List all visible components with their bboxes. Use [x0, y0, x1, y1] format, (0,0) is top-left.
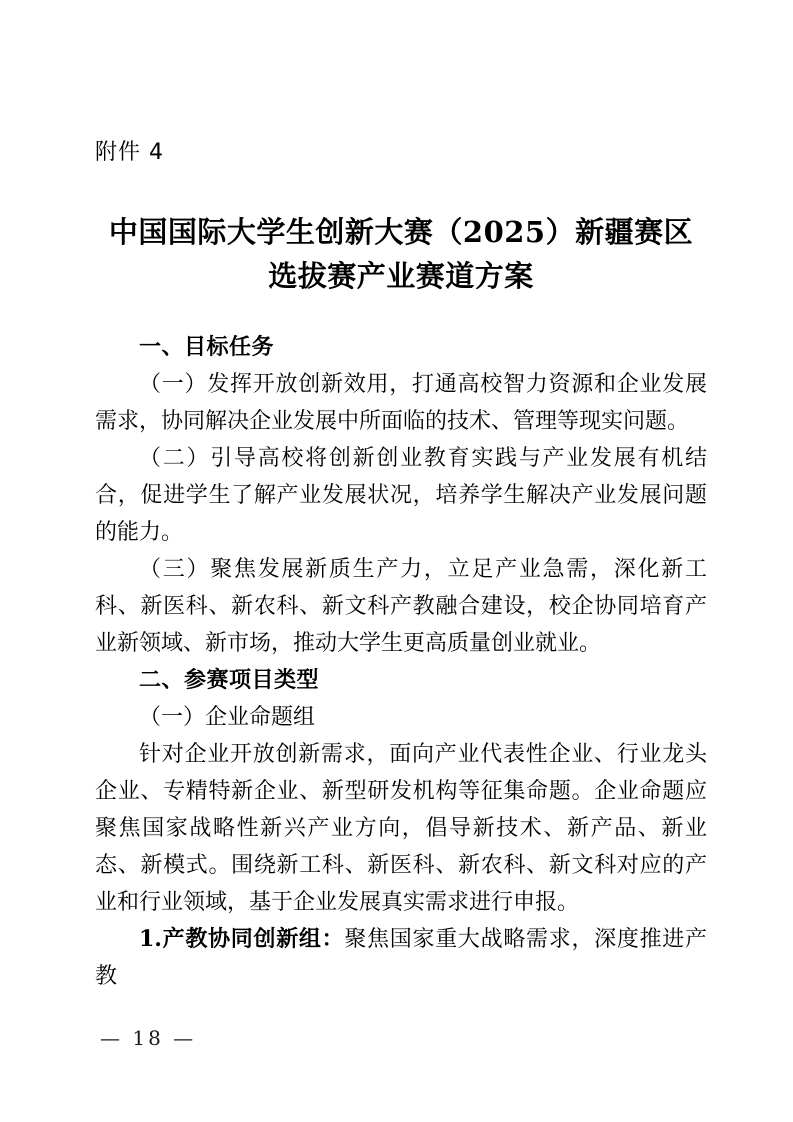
document-title-line2: 选拔赛产业赛道方案	[95, 254, 707, 298]
document-title: 中国国际大学生创新大赛（2025）新疆赛区 选拔赛产业赛道方案	[95, 210, 707, 298]
document-body: 一、目标任务 （一）发挥开放创新效用，打通高校智力资源和企业发展需求，协同解决企…	[95, 329, 707, 995]
section2-item1: 1.产教协同创新组：聚焦国家重大战略需求，深度推进产教	[95, 921, 707, 995]
page-number: — 18 —	[100, 1026, 196, 1050]
section1-heading: 一、目标任务	[95, 329, 707, 366]
section2-item1-lead: 1.产教协同创新组：	[139, 926, 344, 952]
section2-paragraph: 针对企业开放创新需求，面向产业代表性企业、行业龙头企业、专精特新企业、新型研发机…	[95, 736, 707, 921]
section2-subheading: （一）企业命题组	[95, 699, 707, 736]
attachment-label: 附件 4	[95, 138, 707, 168]
section2-heading: 二、参赛项目类型	[95, 662, 707, 699]
document-title-line1: 中国国际大学生创新大赛（2025）新疆赛区	[95, 210, 707, 254]
section1-paragraph-2: （二）引导高校将创新创业教育实践与产业发展有机结合，促进学生了解产业发展状况，培…	[95, 440, 707, 551]
section1-paragraph-1: （一）发挥开放创新效用，打通高校智力资源和企业发展需求，协同解决企业发展中所面临…	[95, 366, 707, 440]
section1-paragraph-3: （三）聚焦发展新质生产力，立足产业急需，深化新工科、新医科、新农科、新文科产教融…	[95, 551, 707, 662]
document-page: 附件 4 中国国际大学生创新大赛（2025）新疆赛区 选拔赛产业赛道方案 一、目…	[0, 0, 793, 1122]
document-content: 附件 4 中国国际大学生创新大赛（2025）新疆赛区 选拔赛产业赛道方案 一、目…	[95, 138, 707, 995]
